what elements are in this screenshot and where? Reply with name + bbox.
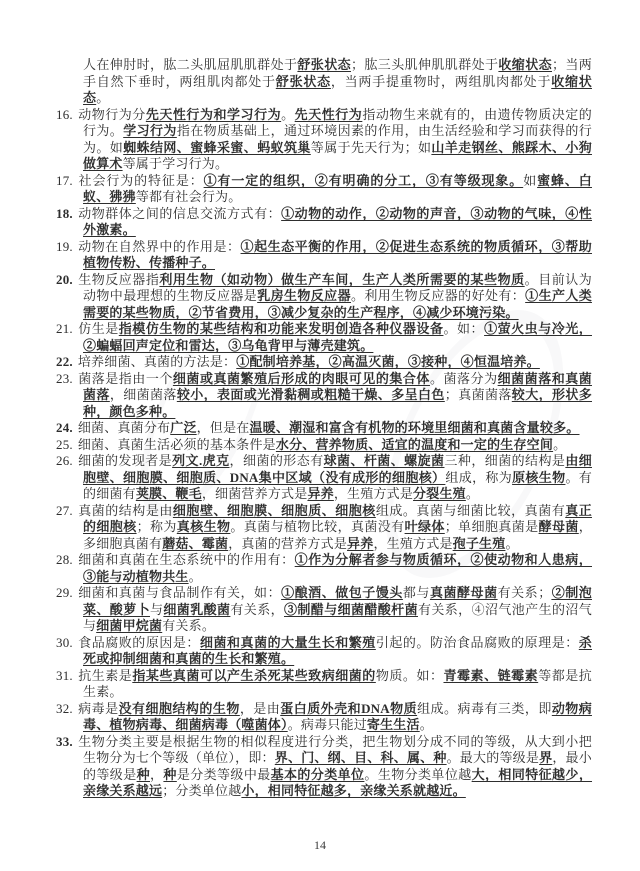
text: 。 <box>553 437 566 452</box>
emphasized-text: 乳房生物反应器 <box>257 288 351 303</box>
item-number: 25. <box>56 437 73 452</box>
text: 。 <box>96 90 109 105</box>
emphasized-text: 原核生物 <box>512 470 565 485</box>
emphasized-text: 指模仿生物的某些结构和功能来发明创造各种仪器设备 <box>119 321 444 336</box>
text: 动物行为分 <box>78 107 146 122</box>
note-item: 26.细菌的发现者是列文.虎克，细菌的形态有球菌、杆菌、螺旋菌三种，细菌的结构是… <box>56 453 592 503</box>
text: 。病毒只能过 <box>288 717 367 732</box>
emphasized-text: 广泛 <box>170 420 196 435</box>
emphasized-text: 孢子生殖 <box>453 536 506 551</box>
item-number: 22. <box>56 354 73 369</box>
text: 细菌和真菌与食品制作有关，如： <box>78 585 281 600</box>
text: 。利用生物反应器的好处有： <box>351 288 525 303</box>
text: 真菌的结构是由 <box>78 503 173 518</box>
text: 。 <box>505 536 518 551</box>
text: 等都有社会行为。 <box>136 189 242 204</box>
item-number: 29. <box>56 585 73 600</box>
emphasized-text: 细菌甲烷菌 <box>96 618 162 633</box>
text: ，细菌菌落 <box>110 387 177 402</box>
text: 。 <box>281 107 295 122</box>
item-number: 17. <box>56 173 73 188</box>
emphasized-text: 没有细胞结构的生物 <box>119 701 240 716</box>
text: 。生物分类单位越 <box>364 767 471 782</box>
note-item: 30.食品腐败的原因是：细菌和真菌的大量生长和繁殖引起的。防治食品腐败的原理是：… <box>56 635 592 668</box>
text: 是分类等级中最 <box>177 767 271 782</box>
item-number: 23. <box>56 371 73 386</box>
emphasized-text: 小，相同特征越多，亲缘关系就越近。 <box>241 783 465 798</box>
item-number: 32. <box>56 701 73 716</box>
emphasized-text: 先天性行为和学习行为 <box>146 107 281 122</box>
emphasized-text: 蛋白质外壳和DNA物质 <box>280 701 417 716</box>
emphasized-text: 异养 <box>307 486 333 501</box>
text: 都与 <box>403 585 430 600</box>
note-item: 22.培养细菌、真菌的方法是：①配制培养基，②高温灭菌，③接种，④恒温培养。 <box>56 354 592 371</box>
text: ；单细胞真菌是 <box>445 519 539 534</box>
text: 。菌落分为 <box>430 371 498 386</box>
text: 引起的。防治食品腐败的原理是： <box>376 635 579 650</box>
item-number: 31. <box>56 668 73 683</box>
text: 。如： <box>443 321 484 336</box>
item-number: 27. <box>56 503 73 518</box>
text: ；称为 <box>137 519 177 534</box>
text: 社会行为的特征是： <box>78 173 204 188</box>
note-item: 28.细菌和真菌在生态系统中的作用有：①作为分解者参与物质循环，②使动物和人患病… <box>56 552 592 585</box>
emphasized-text: 基本的分类单位 <box>271 767 365 782</box>
emphasized-text: ①有一定的组织，②有明确的分工，③有等级现象。 <box>204 173 524 188</box>
text: ，生殖方式是 <box>334 486 413 501</box>
emphasized-text: 温暖、潮湿和富含有机物的环境里细菌和真菌含量较多。 <box>249 420 579 435</box>
note-item: 23.菌落是指由一个细菌或真菌繁殖后形成的肉眼可见的集合体。菌落分为细菌菌落和真… <box>56 371 592 421</box>
item-number: 28. <box>56 552 73 567</box>
text: ，细菌营养方式是 <box>202 486 308 501</box>
note-item: 19.动物在自然界中的作用是：①起生态平衡的作用，②促进生态系统的物质循环，③帮… <box>56 239 592 272</box>
text: 与 <box>150 602 163 617</box>
emphasized-text: 种 <box>137 767 150 782</box>
emphasized-text: 蜘蛛结网、蜜蜂采蜜、蚂蚁筑巢 <box>123 140 311 155</box>
emphasized-text: ①配制培养基，②高温灭菌，③接种，④恒温培养。 <box>236 354 540 369</box>
text: 细菌、真菌生活必须的基本条件是 <box>78 437 276 452</box>
text: 有关系； <box>498 585 552 600</box>
document-page: 人在伸肘时，肱二头肌屈肌肌群处于舒张状态；肱三头肌伸肌肌群处于收缩状态；当两手自… <box>0 0 640 871</box>
text: 等属于先天行为；如 <box>311 140 432 155</box>
item-number: 16. <box>56 107 73 122</box>
text: 如 <box>523 173 537 188</box>
emphasized-text: 先天性行为 <box>295 107 363 122</box>
text: 。 <box>466 486 479 501</box>
text: ；肱三头肌伸肌肌群处于 <box>351 57 498 72</box>
note-item: 32.病毒是没有细胞结构的生物，是由蛋白质外壳和DNA物质组成。病毒有三类，即动… <box>56 701 592 734</box>
emphasized-text: 较小，表面或光滑黏稠或粗糙干燥、多呈白色 <box>177 387 445 402</box>
note-item: 31.抗生素是指某些真菌可以产生杀死某些致病细菌的物质。如：青霉素、链霉素等都是… <box>56 668 592 701</box>
emphasized-text: 种 <box>163 767 176 782</box>
emphasized-text: 学习行为 <box>123 123 177 138</box>
text: 菌落是指由一个 <box>78 371 173 386</box>
page-number: 14 <box>0 838 640 853</box>
emphasized-text: 真菌酵母菌 <box>430 585 498 600</box>
text: 细菌、真菌分布 <box>78 420 170 435</box>
text: 有关系。 <box>162 618 215 633</box>
note-item: 18.动物群体之间的信息交流方式有：①动物的动作，②动物的声音，③动物的气味，④… <box>56 206 592 239</box>
note-item: 29.细菌和真菌与食品制作有关，如：①酿酒、做包子馒头都与真菌酵母菌有关系；②制… <box>56 585 592 635</box>
emphasized-text: 细胞壁、细胞膜、细胞质、细胞核 <box>173 503 376 518</box>
notes-list: 人在伸肘时，肱二头肌屈肌肌群处于舒张状态；肱三头肌伸肌肌群处于收缩状态；当两手自… <box>56 57 592 800</box>
text: ， <box>150 767 163 782</box>
text: 生物反应器指 <box>78 272 160 287</box>
text: 。最大的等级是 <box>447 750 540 765</box>
emphasized-text: 细菌乳酸菌 <box>163 602 230 617</box>
note-item: 33.生物分类主要是根据生物的相似程度进行分类，把生物划分成不同的等级，从大到小… <box>56 734 592 800</box>
emphasized-text: 舒张状态 <box>276 74 331 89</box>
emphasized-text: 舒张状态 <box>297 57 351 72</box>
text: 细菌的发现者是 <box>78 453 172 468</box>
note-item: 25.细菌、真菌生活必须的基本条件是水分、营养物质、适宜的温度和一定的生存空间。 <box>56 437 592 454</box>
emphasized-text: 界、门、纲、目、科、属、种 <box>275 750 447 765</box>
text: ，生殖方式是 <box>373 536 452 551</box>
text: 动物群体之间的信息交流方式有： <box>78 206 281 221</box>
emphasized-text: 利用生物（如动物）做生产车间，生产人类所需要的某些物质 <box>159 272 524 287</box>
emphasized-text: 青霉素、链霉素 <box>443 668 538 683</box>
item-number: 19. <box>56 239 73 254</box>
text: 组成，称为 <box>445 470 512 485</box>
note-item: 16.动物行为分先天性行为和学习行为。先天性行为指动物生来就有的，由遗传物质决定… <box>56 107 592 173</box>
item-number: 18. <box>56 206 73 221</box>
text: ，细菌的形态有 <box>230 453 324 468</box>
item-number: 30. <box>56 635 73 650</box>
item-number: 24. <box>56 420 73 435</box>
emphasized-text: 真核生物 <box>177 519 231 534</box>
emphasized-text: 酵母菌 <box>539 519 579 534</box>
emphasized-text: 指某些真菌可以产生杀死某些致病细菌的 <box>132 668 376 683</box>
note-item-continuation: 人在伸肘时，肱二头肌屈肌肌群处于舒张状态；肱三头肌伸肌肌群处于收缩状态；当两手自… <box>56 57 592 107</box>
text: 。真菌与植物比较，真菌没有 <box>230 519 404 534</box>
text: 。 <box>189 569 202 584</box>
emphasized-text: 细菌和真菌的大量生长和繁殖 <box>200 635 376 650</box>
note-item: 21.仿生是指模仿生物的某些结构和功能来发明创造各种仪器设备。如：①萤火虫与冷光… <box>56 321 592 354</box>
item-number: 20. <box>56 272 73 287</box>
emphasized-text: 异养 <box>347 536 373 551</box>
text: 细菌和真菌在生态系统中的作用有： <box>78 552 295 567</box>
text: 三种，细菌的结构是 <box>444 453 565 468</box>
text: 病毒是 <box>78 701 119 716</box>
text: 等属于学习行为。 <box>123 156 229 171</box>
emphasized-text: 分裂生殖 <box>413 486 466 501</box>
item-number: 33. <box>56 734 73 749</box>
note-item: 27.真菌的结构是由细胞壁、细胞膜、细胞质、细胞核组成。真菌与细菌比较，真菌有真… <box>56 503 592 553</box>
text: ，真菌的营养方式是 <box>228 536 347 551</box>
emphasized-text: 荚膜、鞭毛 <box>136 486 202 501</box>
text: ，但是在 <box>197 420 250 435</box>
emphasized-text: 界 <box>539 750 552 765</box>
text: 动物在自然界中的作用是： <box>78 239 241 254</box>
emphasized-text: ③制醋与细菌醋酸杆菌 <box>284 602 418 617</box>
text: 组成。真菌与细菌比较，真菌有 <box>376 503 565 518</box>
emphasized-text: 列文.虎克 <box>172 453 229 468</box>
text: 抗生素是 <box>78 668 132 683</box>
emphasized-text: 细菌或真菌繁殖后形成的肉眼可见的集合体 <box>173 371 430 386</box>
emphasized-text: 球菌、杆菌、螺旋菌 <box>324 453 445 468</box>
text: 培养细菌、真菌的方法是： <box>78 354 236 369</box>
emphasized-text: 寄生生活 <box>367 717 420 732</box>
text: 物质。如： <box>376 668 444 683</box>
text: ；真菌菌落 <box>445 387 512 402</box>
note-item: 20.生物反应器指利用生物（如动物）做生产车间，生产人类所需要的某些物质。目前认… <box>56 272 592 322</box>
text: 组成。病毒有三类，即 <box>417 701 552 716</box>
text: 有关系， <box>230 602 284 617</box>
emphasized-text: ①酿酒、做包子馒头 <box>281 585 403 600</box>
text: 。 <box>420 717 433 732</box>
text: ，是由 <box>240 701 280 716</box>
emphasized-text: 水分、营养物质、适宜的温度和一定的生存空间 <box>276 437 553 452</box>
text: 仿生是 <box>78 321 119 336</box>
note-item: 24.细菌、真菌分布广泛，但是在温暖、潮湿和富含有机物的环境里细菌和真菌含量较多… <box>56 420 592 437</box>
item-number: 21. <box>56 321 73 336</box>
item-number: 26. <box>56 453 73 468</box>
text: ；分类单位越 <box>162 783 241 798</box>
text: 食品腐败的原因是： <box>78 635 200 650</box>
emphasized-text: 蘑菇、霉菌 <box>162 536 228 551</box>
emphasized-text: 叶绿体 <box>405 519 445 534</box>
text: 人在伸肘时，肱二头肌屈肌肌群处于 <box>83 57 297 72</box>
note-item: 17.社会行为的特征是：①有一定的组织，②有明确的分工，③有等级现象。如蜜蜂、白… <box>56 173 592 206</box>
text: ，当两手提重物时，两组肌肉都处于 <box>331 74 551 89</box>
emphasized-text: 收缩状态 <box>498 57 552 72</box>
